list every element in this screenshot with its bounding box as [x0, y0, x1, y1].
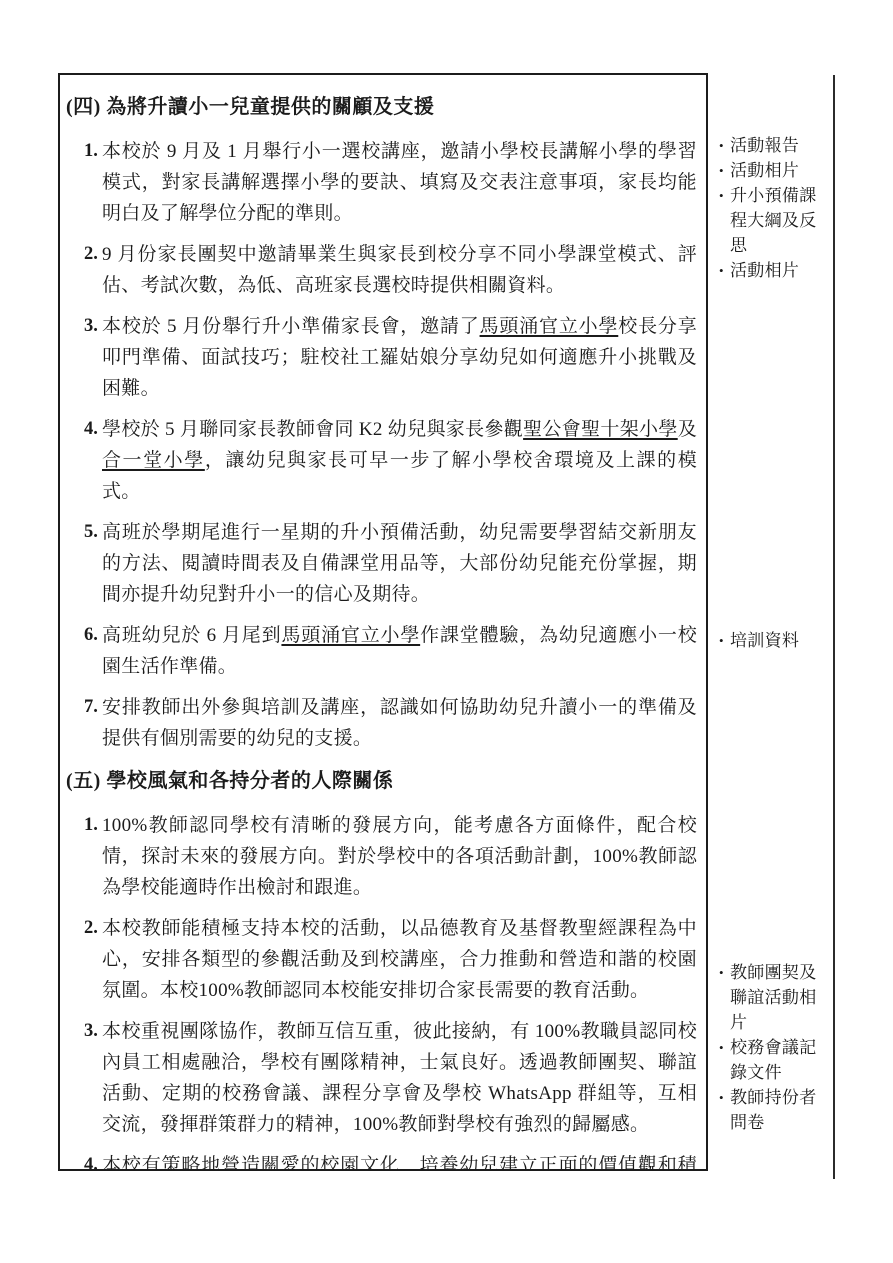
- list-item: 4.本校有策略地營造關愛的校園文化，培養幼兒建立正面的價值觀和積極的生活態度，例…: [64, 1150, 697, 1171]
- item-number: 1.: [64, 810, 102, 903]
- evidence-group: •活動報告•活動相片•升小預備課程大綱及反思•活動相片: [719, 133, 831, 283]
- list-item: 7.安排教師出外參與培訓及講座，認識如何協助幼兒升讀小一的準備及提供有個別需要的…: [64, 692, 697, 754]
- evidence-item-label: 培訓資料: [730, 628, 831, 653]
- evidence-item-label: 活動報告: [730, 133, 831, 158]
- document-page: (四) 為將升讀小一兒童提供的關顧及支援 1.本校於 9 月及 1 月舉行小一選…: [0, 0, 893, 1263]
- text-segment: 本校重視團隊協作，教師互信互重，彼此接納，有 100%教職員認同校內員工相處融洽…: [102, 1021, 697, 1135]
- item-number: 4.: [64, 414, 102, 507]
- evidence-item: •培訓資料: [719, 628, 831, 653]
- bullet-icon: •: [719, 1085, 730, 1135]
- underlined-school-name: 馬頭涌官立小學: [281, 625, 420, 646]
- evidence-item-label: 教師團契及聯誼活動相片: [730, 960, 831, 1035]
- item-text: 本校於 5 月份舉行升小準備家長會，邀請了馬頭涌官立小學校長分享叩門準備、面試技…: [102, 311, 697, 404]
- bullet-icon: •: [719, 258, 730, 283]
- bullet-icon: •: [719, 158, 730, 183]
- evidence-item: •活動相片: [719, 158, 831, 183]
- item-number: 7.: [64, 692, 102, 754]
- text-segment: 100%教師認同學校有清晰的發展方向，能考慮各方面條件，配合校情，探討未來的發展…: [102, 815, 697, 898]
- section-4-heading: (四) 為將升讀小一兒童提供的關顧及支援: [66, 92, 697, 122]
- text-segment: 高班於學期尾進行一星期的升小預備活動，幼兒需要學習結交新朋友的方法、閱讀時間表及…: [102, 522, 697, 605]
- list-item: 4.學校於 5 月聯同家長教師會同 K2 幼兒與家長參觀聖公會聖十架小學及合一堂…: [64, 414, 697, 507]
- evidence-item-label: 活動相片: [730, 258, 831, 283]
- text-segment: 本校有策略地營造關愛的校園文化，培養幼兒建立正面的價值觀和積極的生活態度，例如：…: [102, 1155, 697, 1171]
- item-text: 本校於 9 月及 1 月舉行小一選校講座，邀請小學校長講解小學的學習模式，對家長…: [102, 136, 697, 229]
- evidence-item: •活動相片: [719, 258, 831, 283]
- text-segment: 9 月份家長團契中邀請畢業生與家長到校分享不同小學課堂模式、評估、考試次數，為低…: [102, 244, 697, 296]
- underlined-school-name: 馬頭涌官立小學: [480, 316, 619, 337]
- bullet-icon: •: [719, 183, 730, 258]
- item-text: 高班幼兒於 6 月尾到馬頭涌官立小學作課堂體驗，為幼兒適應小一校園生活作準備。: [102, 620, 697, 682]
- list-item: 6.高班幼兒於 6 月尾到馬頭涌官立小學作課堂體驗，為幼兒適應小一校園生活作準備…: [64, 620, 697, 682]
- list-item: 5.高班於學期尾進行一星期的升小預備活動，幼兒需要學習結交新朋友的方法、閱讀時間…: [64, 517, 697, 610]
- item-number: 4.: [64, 1150, 102, 1171]
- main-content-box: (四) 為將升讀小一兒童提供的關顧及支援 1.本校於 9 月及 1 月舉行小一選…: [58, 73, 708, 1171]
- evidence-item-label: 教師持份者問卷: [730, 1085, 831, 1135]
- underlined-school-name: 聖公會聖十架小學: [523, 419, 678, 440]
- text-segment: 高班幼兒於 6 月尾到: [102, 625, 281, 646]
- evidence-item-label: 活動相片: [730, 158, 831, 183]
- evidence-group: •培訓資料: [719, 628, 831, 653]
- section-primary-one-support: (四) 為將升讀小一兒童提供的關顧及支援 1.本校於 9 月及 1 月舉行小一選…: [64, 92, 697, 754]
- list-item: 1.本校於 9 月及 1 月舉行小一選校講座，邀請小學校長講解小學的學習模式，對…: [64, 136, 697, 229]
- text-segment: 及: [678, 419, 697, 440]
- sidebar-divider-line: [833, 75, 835, 1179]
- list-item: 3.本校於 5 月份舉行升小準備家長會，邀請了馬頭涌官立小學校長分享叩門準備、面…: [64, 311, 697, 404]
- bullet-icon: •: [719, 960, 730, 1035]
- item-number: 2.: [64, 913, 102, 1006]
- section-4-item-list: 1.本校於 9 月及 1 月舉行小一選校講座，邀請小學校長講解小學的學習模式，對…: [64, 136, 697, 754]
- evidence-group: •教師團契及聯誼活動相片•校務會議記錄文件•教師持份者問卷: [719, 960, 831, 1135]
- bullet-icon: •: [719, 133, 730, 158]
- item-text: 本校教師能積極支持本校的活動，以品德教育及基督教聖經課程為中心，安排各類型的參觀…: [102, 913, 697, 1006]
- item-text: 學校於 5 月聯同家長教師會同 K2 幼兒與家長參觀聖公會聖十架小學及合一堂小學…: [102, 414, 697, 507]
- text-segment: 本校於 5 月份舉行升小準備家長會，邀請了: [102, 316, 480, 337]
- evidence-item-label: 校務會議記錄文件: [730, 1035, 831, 1085]
- evidence-item: •校務會議記錄文件: [719, 1035, 831, 1085]
- item-number: 6.: [64, 620, 102, 682]
- item-number: 1.: [64, 136, 102, 229]
- item-text: 100%教師認同學校有清晰的發展方向，能考慮各方面條件，配合校情，探討未來的發展…: [102, 810, 697, 903]
- list-item: 1.100%教師認同學校有清晰的發展方向，能考慮各方面條件，配合校情，探討未來的…: [64, 810, 697, 903]
- item-text: 高班於學期尾進行一星期的升小預備活動，幼兒需要學習結交新朋友的方法、閱讀時間表及…: [102, 517, 697, 610]
- evidence-item: •升小預備課程大綱及反思: [719, 183, 831, 258]
- list-item: 3.本校重視團隊協作，教師互信互重，彼此接納，有 100%教職員認同校內員工相處…: [64, 1016, 697, 1140]
- section-5-heading: (五) 學校風氣和各持分者的人際關係: [66, 766, 697, 796]
- bullet-icon: •: [719, 628, 730, 653]
- item-text: 9 月份家長團契中邀請畢業生與家長到校分享不同小學課堂模式、評估、考試次數，為低…: [102, 239, 697, 301]
- evidence-item: •教師持份者問卷: [719, 1085, 831, 1135]
- text-segment: 本校於 9 月及 1 月舉行小一選校講座，邀請小學校長講解小學的學習模式，對家長…: [102, 141, 697, 224]
- text-segment: 學校於 5 月聯同家長教師會同 K2 幼兒與家長參觀: [102, 419, 523, 440]
- item-text: 安排教師出外參與培訓及講座，認識如何協助幼兒升讀小一的準備及提供有個別需要的幼兒…: [102, 692, 697, 754]
- section-5-item-list: 1.100%教師認同學校有清晰的發展方向，能考慮各方面條件，配合校情，探討未來的…: [64, 810, 697, 1171]
- text-segment: 本校教師能積極支持本校的活動，以品德教育及基督教聖經課程為中心，安排各類型的參觀…: [102, 918, 697, 1001]
- item-text: 本校重視團隊協作，教師互信互重，彼此接納，有 100%教職員認同校內員工相處融洽…: [102, 1016, 697, 1140]
- item-text: 本校有策略地營造關愛的校園文化，培養幼兒建立正面的價值觀和積極的生活態度，例如：…: [102, 1150, 697, 1171]
- underlined-school-name: 合一堂小學: [102, 450, 205, 471]
- bullet-icon: •: [719, 1035, 730, 1085]
- list-item: 2.9 月份家長團契中邀請畢業生與家長到校分享不同小學課堂模式、評估、考試次數，…: [64, 239, 697, 301]
- item-number: 3.: [64, 1016, 102, 1140]
- item-number: 3.: [64, 311, 102, 404]
- item-number: 5.: [64, 517, 102, 610]
- text-segment: 安排教師出外參與培訓及講座，認識如何協助幼兒升讀小一的準備及提供有個別需要的幼兒…: [102, 697, 697, 749]
- list-item: 2.本校教師能積極支持本校的活動，以品德教育及基督教聖經課程為中心，安排各類型的…: [64, 913, 697, 1006]
- section-school-ethos: (五) 學校風氣和各持分者的人際關係 1.100%教師認同學校有清晰的發展方向，…: [64, 766, 697, 1171]
- evidence-item-label: 升小預備課程大綱及反思: [730, 183, 831, 258]
- evidence-item: •活動報告: [719, 133, 831, 158]
- item-number: 2.: [64, 239, 102, 301]
- evidence-item: •教師團契及聯誼活動相片: [719, 960, 831, 1035]
